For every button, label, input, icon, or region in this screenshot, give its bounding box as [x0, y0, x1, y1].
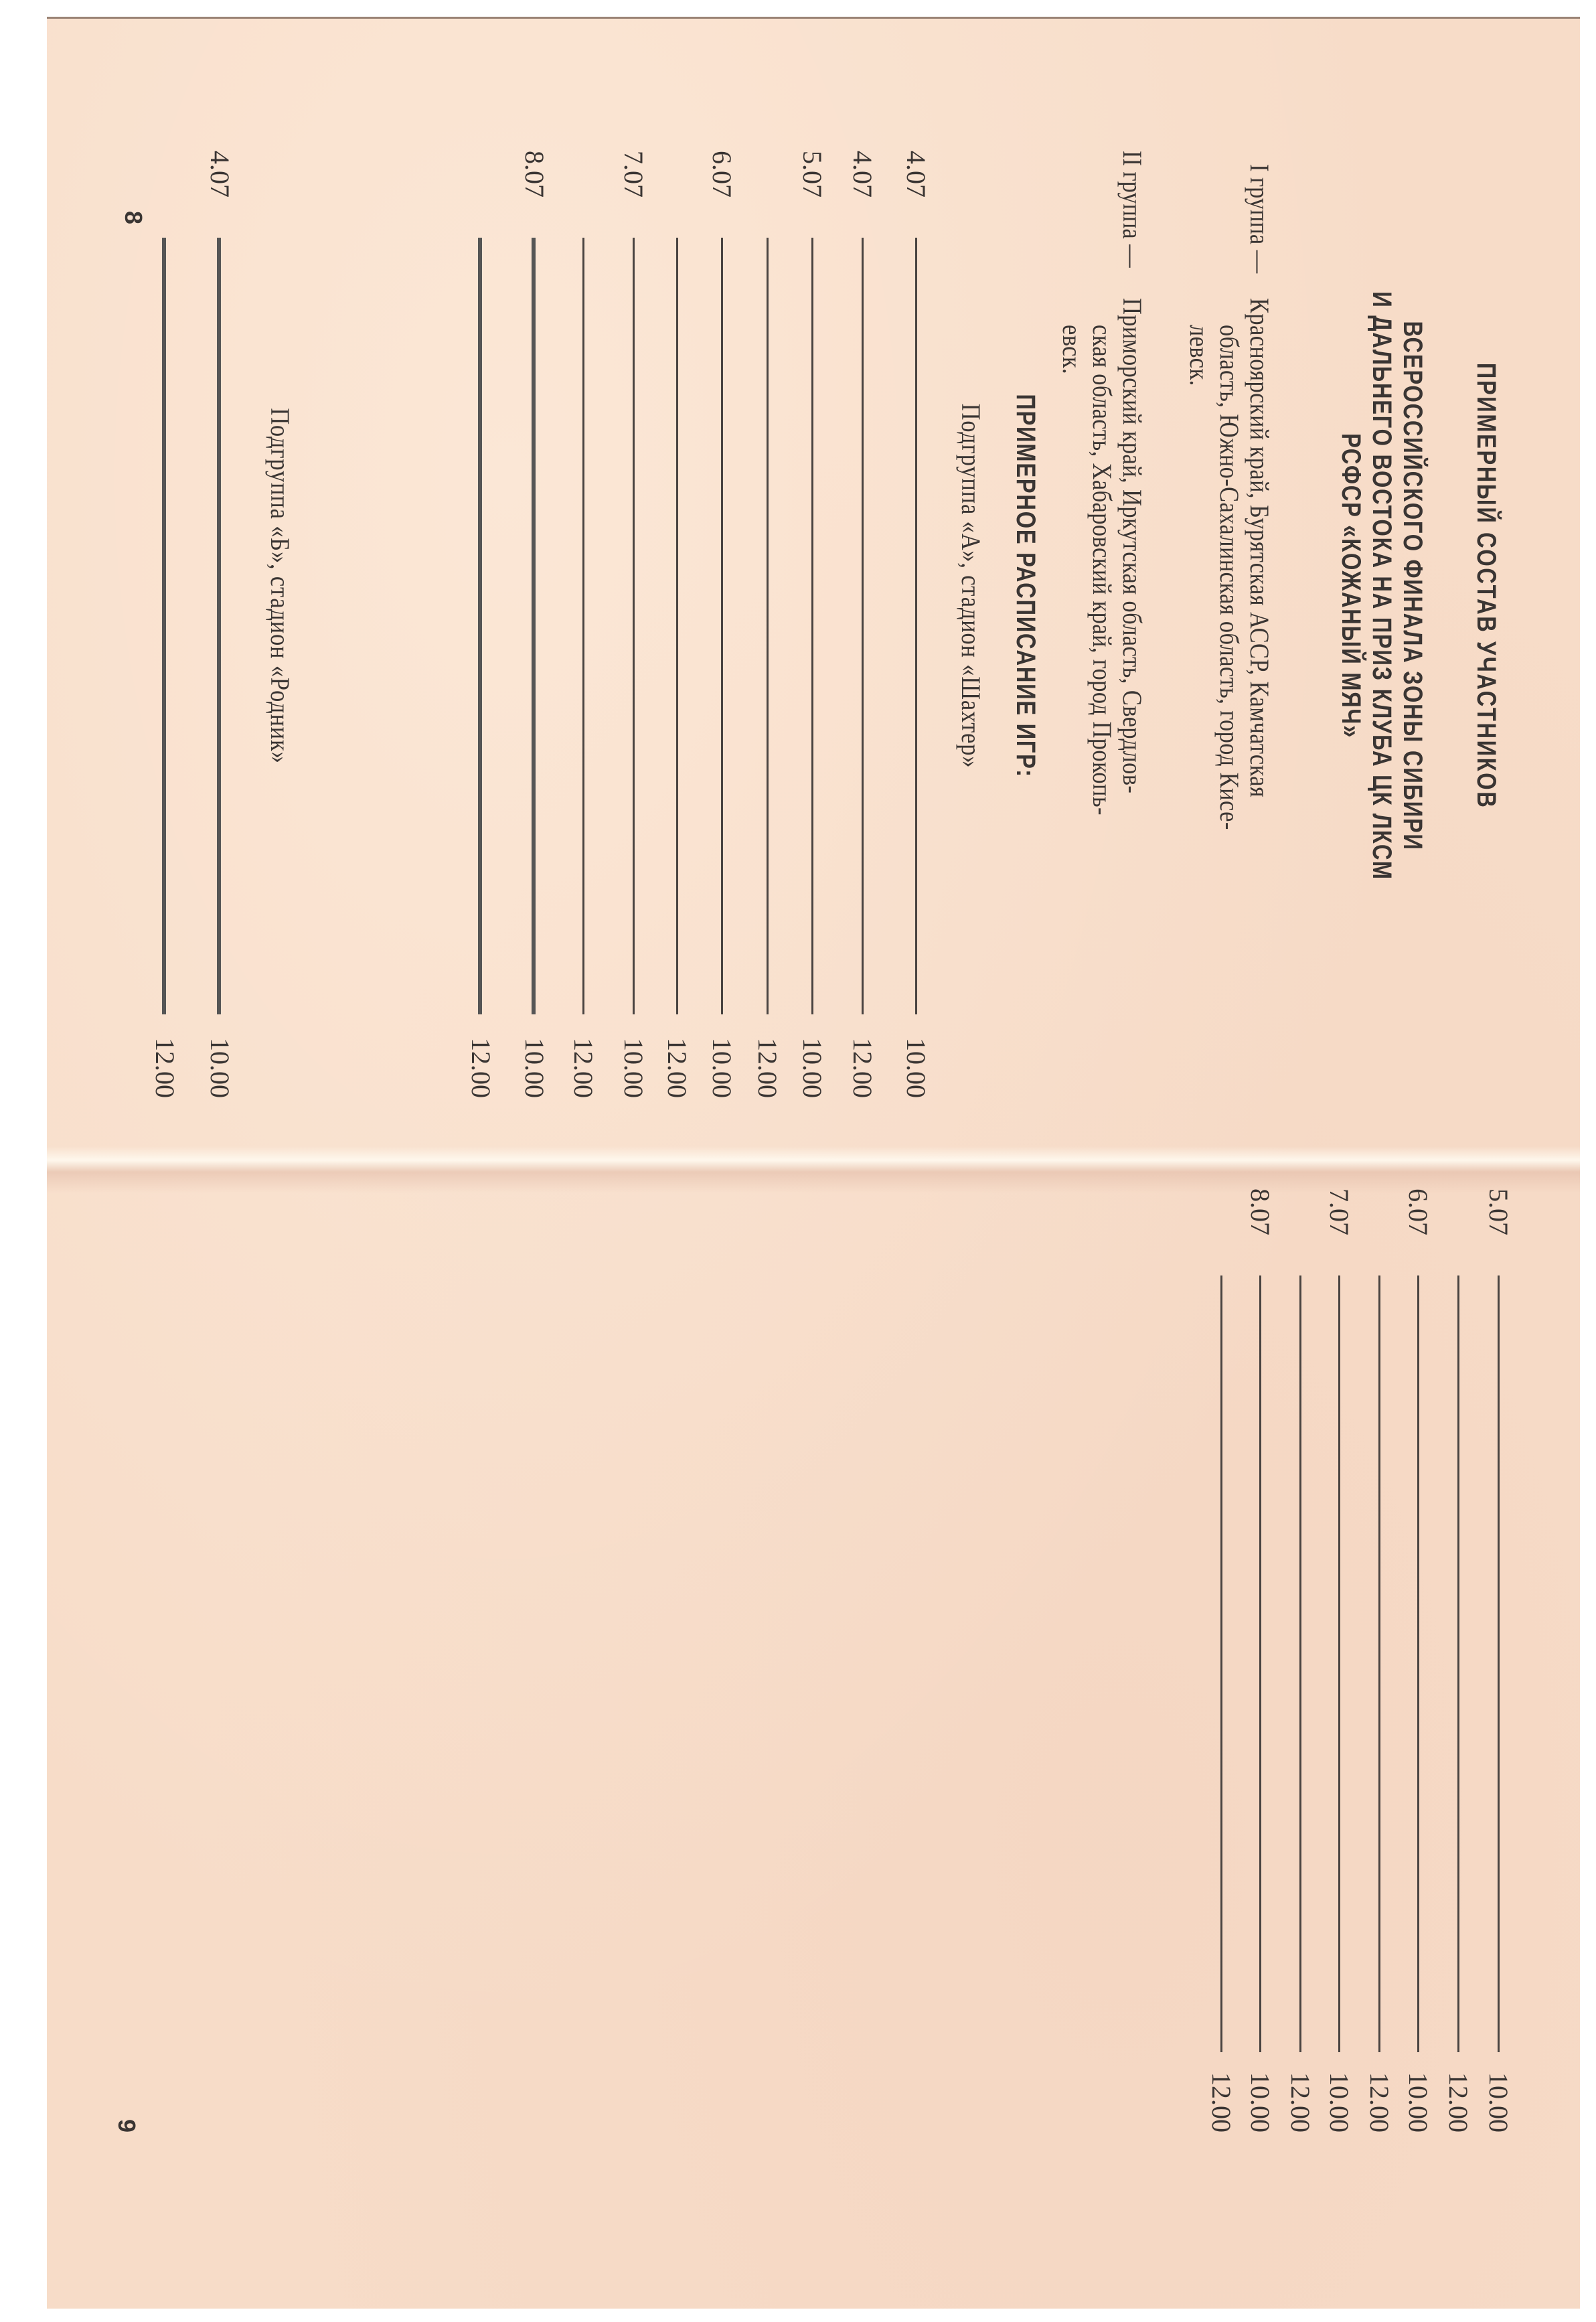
row-date: 7.07: [618, 151, 649, 224]
row-rule: [676, 238, 678, 1014]
row-time: 12.00: [661, 1038, 693, 1111]
row-rule: [1417, 1275, 1419, 2052]
row-date: 8.07: [519, 151, 550, 224]
row-rule: [862, 238, 864, 1014]
row-rule: [532, 238, 536, 1014]
row-time: 10.00: [900, 1038, 932, 1111]
group-1-line-2: область, Южно-Сахалинская область, город…: [1214, 325, 1245, 830]
row-rule: [1498, 1275, 1500, 2052]
row-date: 8.07: [1245, 1188, 1276, 1262]
row-rule: [582, 238, 584, 1014]
page-8: ПРИМЕРНЫЙ СОСТАВ УЧАСТНИКОВ ВСЕРОССИЙСКО…: [47, 17, 1580, 1155]
row-time: 10.00: [204, 1038, 236, 1111]
row-time: 10.00: [1483, 2072, 1514, 2146]
row-date: 4.07: [847, 151, 878, 224]
group-2-line-2: ская область, Хабаровский край, город Пр…: [1087, 325, 1118, 816]
row-rule: [915, 238, 917, 1014]
row-date: 6.07: [706, 151, 738, 224]
row-date: 5.07: [1483, 1188, 1514, 1262]
row-time: 10.00: [706, 1038, 738, 1111]
row-rule: [1220, 1275, 1222, 2052]
row-rule: [1457, 1275, 1459, 2052]
page-number: 8: [119, 211, 147, 224]
group-1-label: I группа —: [1244, 164, 1275, 273]
row-time: 10.00: [618, 1038, 649, 1111]
row-rule: [721, 238, 723, 1014]
row-rule: [478, 238, 482, 1014]
row-time: 12.00: [1285, 2072, 1316, 2146]
row-time: 12.00: [847, 1038, 878, 1111]
row-date: 7.07: [1324, 1188, 1355, 1262]
title-line-3: И ДАЛЬНЕГО ВОСТОКА НА ПРИЗ КЛУБА ЦК ЛКСМ: [1366, 119, 1396, 1053]
booklet-spread: ПРИМЕРНЫЙ СОСТАВ УЧАСТНИКОВ ВСЕРОССИЙСКО…: [47, 17, 1580, 2307]
row-date: 4.07: [204, 151, 236, 224]
page-9: 5.07 10.00 12.00 6.07 10.00 12.00 7.07: [47, 1155, 1580, 2307]
row-rule: [633, 238, 635, 1014]
row-date: 5.07: [797, 151, 828, 224]
row-date: 4.07: [900, 151, 932, 224]
group-2-label: II группа —: [1117, 151, 1148, 268]
row-rule: [217, 238, 221, 1014]
row-time: 10.00: [519, 1038, 550, 1111]
subgroup-b-title: Подгруппа «Б», стадион «Родник»: [264, 96, 296, 1075]
row-rule: [1338, 1275, 1340, 2052]
row-rule: [1299, 1275, 1301, 2052]
row-time: 10.00: [1403, 2072, 1434, 2146]
row-time: 10.00: [1245, 2072, 1276, 2146]
group-1-line-3: левск.: [1184, 325, 1215, 386]
group-2-line-1: Приморский край, Иркутская область, Свер…: [1117, 298, 1148, 793]
row-rule: [811, 238, 813, 1014]
row-rule: [1259, 1275, 1261, 2052]
schedule-heading: ПРИМЕРНОЕ РАСПИСАНИЕ ИГР:: [1010, 119, 1040, 1053]
row-time: 12.00: [1364, 2072, 1395, 2146]
group-2-line-3: евск.: [1056, 325, 1088, 374]
row-rule: [767, 238, 769, 1014]
row-time: 12.00: [1206, 2072, 1237, 2146]
subgroup-a-title: Подгруппа «А», стадион «Шахтер»: [955, 96, 987, 1075]
row-time: 12.00: [465, 1038, 497, 1111]
row-date: 6.07: [1403, 1188, 1434, 1262]
row-rule: [162, 238, 166, 1014]
row-time: 12.00: [568, 1038, 599, 1111]
title-line-1: ПРИМЕРНЫЙ СОСТАВ УЧАСТНИКОВ: [1471, 119, 1501, 1053]
row-rule: [1378, 1275, 1380, 2052]
row-time: 12.00: [149, 1038, 181, 1111]
row-time: 12.00: [752, 1038, 783, 1111]
row-time: 12.00: [1443, 2072, 1474, 2146]
row-time: 10.00: [1324, 2072, 1355, 2146]
group-1-line-1: Красноярский край, Бурятская АССР, Камча…: [1244, 298, 1275, 797]
title-line-2: ВСЕРОССИЙСКОГО ФИНАЛА ЗОНЫ СИБИРИ: [1397, 119, 1427, 1053]
title-line-4: РСФСР «КОЖАНЫЙ МЯЧ»: [1336, 119, 1366, 1053]
row-time: 10.00: [797, 1038, 828, 1111]
page-number: 9: [112, 2119, 141, 2133]
